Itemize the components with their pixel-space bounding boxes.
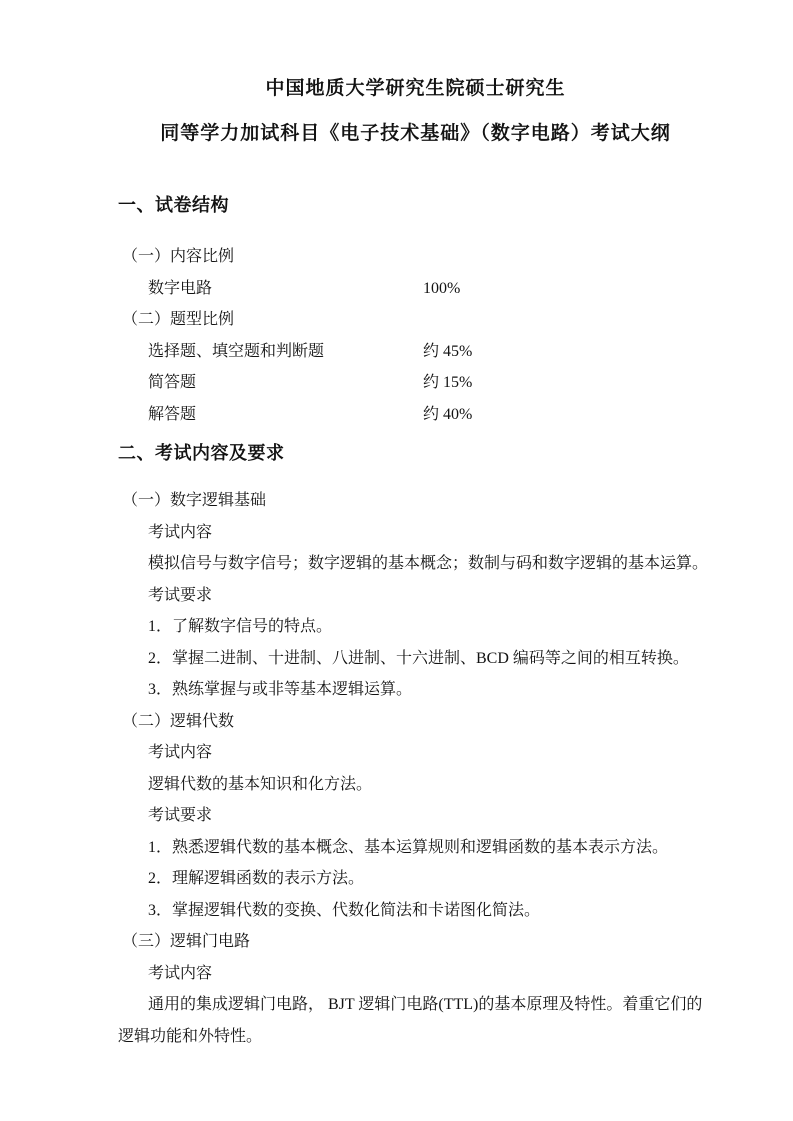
- exam-content-label: 考试内容: [148, 517, 713, 549]
- ratio-row-name: 简答题: [148, 374, 196, 391]
- exam-content-label: 考试内容: [148, 737, 713, 769]
- section1-heading: 一、试卷结构: [118, 193, 713, 217]
- exam-content-label: 考试内容: [148, 958, 713, 990]
- ratio-row-name: 解答题: [148, 406, 196, 423]
- doc-subtitle: 同等学力加试科目《电子技术基础》（数字电路）考试大纲: [118, 121, 713, 147]
- ratio-row-value: 约 15%: [423, 367, 472, 399]
- ratio-row-name: 数字电路: [148, 280, 212, 297]
- section2-heading: 二、考试内容及要求: [118, 441, 713, 465]
- content-ratio-label: （一）内容比例: [122, 241, 713, 273]
- exam-content-text: 通用的集成逻辑门电路， BJT 逻辑门电路(TTL)的基本原理及特性。着重它们的…: [118, 989, 713, 1052]
- ratio-row-value: 100%: [423, 273, 460, 305]
- ratio-row-value: 约 45%: [423, 336, 472, 368]
- ratio-row: 选择题、填空题和判断题 约 45%: [118, 336, 713, 368]
- req-item: 3．熟练掌握与或非等基本逻辑运算。: [148, 674, 713, 706]
- req-item: 2．理解逻辑函数的表示方法。: [148, 863, 713, 895]
- req-item: 3．掌握逻辑代数的变换、代数化简法和卡诺图化简法。: [148, 895, 713, 927]
- exam-req-label: 考试要求: [148, 580, 713, 612]
- document-page: 中国地质大学研究生院硕士研究生 同等学力加试科目《电子技术基础》（数字电路）考试…: [0, 0, 793, 1121]
- ratio-row: 数字电路 100%: [118, 273, 713, 305]
- topic-label: （一）数字逻辑基础: [122, 485, 713, 517]
- ratio-row: 解答题 约 40%: [118, 399, 713, 431]
- topic-label: （二）逻辑代数: [122, 706, 713, 738]
- req-item: 1．熟悉逻辑代数的基本概念、基本运算规则和逻辑函数的基本表示方法。: [148, 832, 713, 864]
- ratio-row-name: 选择题、填空题和判断题: [148, 343, 324, 360]
- exam-req-label: 考试要求: [148, 800, 713, 832]
- exam-content-text: 逻辑代数的基本知识和化方法。: [148, 769, 713, 801]
- ratio-row-value: 约 40%: [423, 399, 472, 431]
- req-item: 2．掌握二进制、十进制、八进制、十六进制、BCD 编码等之间的相互转换。: [148, 643, 713, 675]
- req-item: 1．了解数字信号的特点。: [148, 611, 713, 643]
- question-ratio-label: （二）题型比例: [122, 304, 713, 336]
- doc-title: 中国地质大学研究生院硕士研究生: [118, 76, 713, 102]
- ratio-row: 简答题 约 15%: [118, 367, 713, 399]
- topic-label: （三）逻辑门电路: [122, 926, 713, 958]
- exam-content-text: 模拟信号与数字信号；数字逻辑的基本概念；数制与码和数字逻辑的基本运算。: [148, 548, 713, 580]
